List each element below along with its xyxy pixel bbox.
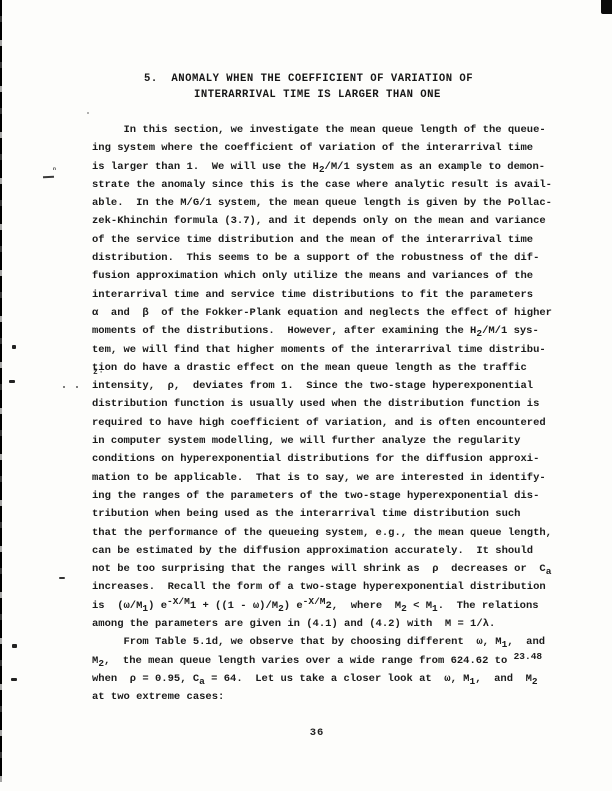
scan-edge-artifact [0, 0, 2, 782]
body-line: when ρ = 0.95, Ca = 64. Let us take a cl… [92, 670, 562, 688]
body-line: From Table 5.1d, we observe that by choo… [92, 633, 562, 651]
pencil-mark-curl: ⁿ [52, 166, 57, 175]
body-line: in computer system modelling, we will fu… [92, 432, 562, 450]
body-line: able. In the M/G/1 system, the mean queu… [92, 194, 562, 212]
body-line: distribution function is usually used wh… [92, 395, 562, 413]
margin-speck [76, 386, 78, 388]
body-line: that the performance of the queueing sys… [92, 524, 562, 542]
body-line: moments of the distributions. However, a… [92, 322, 562, 340]
page-number: 36 [90, 727, 544, 739]
body-line: interarrival time and service time distr… [92, 286, 562, 304]
body-line: tem, we will find that higher moments of… [92, 341, 562, 359]
margin-speck [12, 345, 16, 349]
section-heading-line1: 5. ANOMALY WHEN THE COEFFICIENT OF VARIA… [144, 73, 473, 85]
body-line: distribution. This seems to be a support… [92, 249, 562, 267]
body-line: M2, the mean queue length varies over a … [92, 652, 562, 670]
body-line: is larger than 1. We will use the H2/M/1… [92, 158, 562, 176]
body-text: In this section, we investigate the mean… [92, 121, 562, 707]
body-line: zek-Khinchin formula (3.7), and it depen… [92, 212, 562, 230]
margin-speck [87, 112, 89, 114]
body-line: α and β of the Fokker-Plank equation and… [92, 304, 562, 322]
body-line: fusion approximation which only utilize … [92, 267, 562, 285]
scan-corner-artifact [601, 0, 612, 14]
body-line: intensity, ρ, deviates from 1. Since the… [92, 377, 562, 395]
body-line: strate the anomaly since this is the cas… [92, 176, 562, 194]
document-page: ⁿ z̄· 5. ANOMALY WHEN THE COEFFICIENT OF… [0, 0, 612, 791]
body-line: required to have high coefficient of var… [92, 414, 562, 432]
body-line: ing system where the coefficient of vari… [92, 139, 562, 157]
body-line: increases. Recall the form of a two-stag… [92, 578, 562, 596]
margin-speck [12, 644, 17, 648]
body-line: mation to be applicable. That is to say,… [92, 469, 562, 487]
body-line: of the service time distribution and the… [92, 231, 562, 249]
body-line: not be too surprising that the ranges wi… [92, 560, 562, 578]
section-heading-line2: INTERARRIVAL TIME IS LARGER THAN ONE [194, 89, 441, 101]
body-line: among the parameters are given in (4.1) … [92, 615, 562, 633]
pencil-mark [43, 176, 54, 179]
body-line: ing the ranges of the parameters of the … [92, 487, 562, 505]
margin-speck [11, 678, 17, 681]
body-line: conditions on hyperexponential distribut… [92, 450, 562, 468]
body-line: is (ω/M1) e-X/M1 + ((1 - ω)/M2) e-X/M2, … [92, 597, 562, 615]
body-line: at two extreme cases: [92, 688, 562, 706]
margin-speck [59, 577, 65, 579]
body-line: tion do have a drastic effect on the mea… [92, 359, 562, 377]
body-line: In this section, we investigate the mean… [92, 121, 562, 139]
margin-speck [63, 386, 65, 388]
body-line: can be estimated by the diffusion approx… [92, 542, 562, 560]
body-line: tribution when being used as the interar… [92, 505, 562, 523]
margin-speck [9, 380, 15, 383]
